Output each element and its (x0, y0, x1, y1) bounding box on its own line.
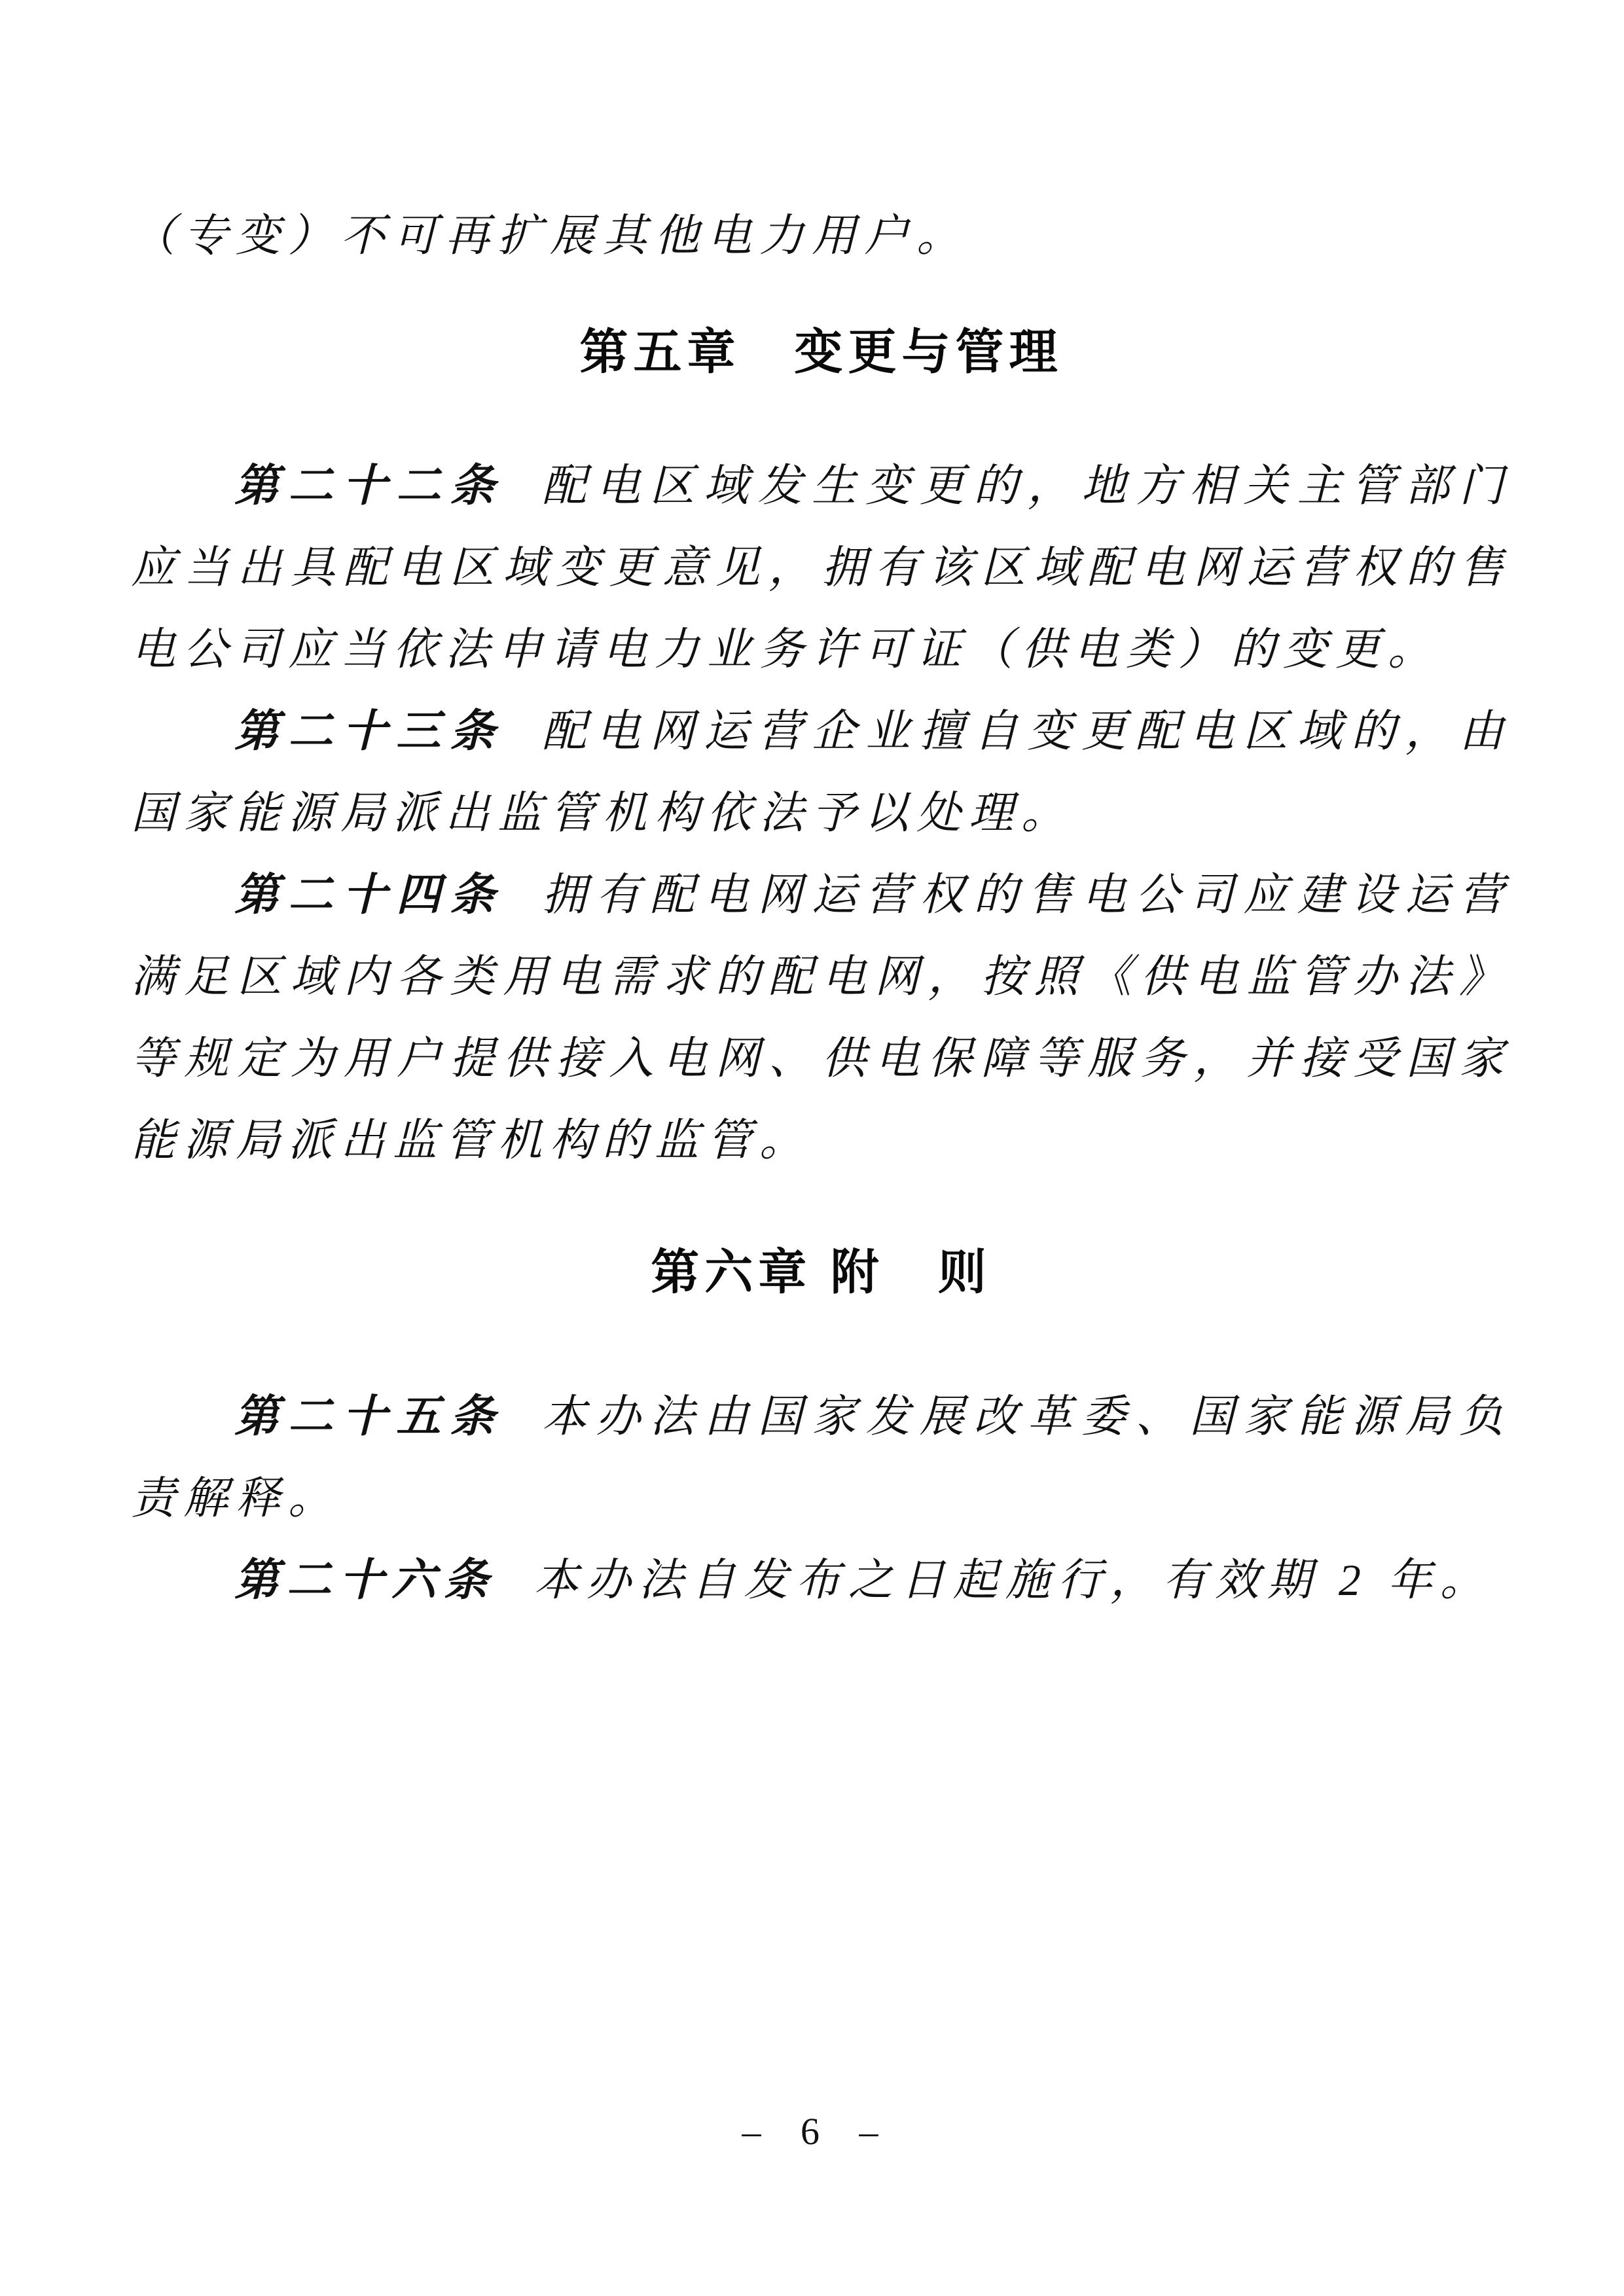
article-25-lead: 第二十五条 (234, 1391, 504, 1441)
document-content: （专变）不可再扩展其他电力用户。 第五章 变更与管理 第二十二条配电区域发生变更… (0, 0, 1624, 2296)
article-26-text: 本办法自发布之日起施行，有效期 2 年。 (534, 1555, 1492, 1605)
article-24-paragraph: 第二十四条拥有配电网运营权的售电公司应建设运营满足区域内各类用电需求的配电网，按… (131, 854, 1511, 1181)
article-26-lead: 第二十六条 (234, 1555, 496, 1605)
paragraph-continuation: （专变）不可再扩展其他电力用户。 (131, 195, 1511, 277)
article-26-paragraph: 第二十六条本办法自发布之日起施行，有效期 2 年。 (131, 1539, 1511, 1621)
chapter-5-heading: 第五章 变更与管理 (131, 311, 1511, 393)
chapter-6-heading: 第六章 附 则 (131, 1231, 1511, 1313)
article-22-paragraph: 第二十二条配电区域发生变更的，地方相关主管部门应当出具配电区域变更意见，拥有该区… (131, 445, 1511, 691)
document-page: （专变）不可再扩展其他电力用户。 第五章 变更与管理 第二十二条配电区域发生变更… (0, 0, 1624, 2296)
article-23-lead: 第二十三条 (234, 706, 504, 756)
page-number: – 6 – (0, 2109, 1624, 2153)
article-23-paragraph: 第二十三条配电网运营企业擅自变更配电区域的，由国家能源局派出监管机构依法予以处理… (131, 691, 1511, 854)
article-22-lead: 第二十二条 (234, 461, 504, 511)
article-25-paragraph: 第二十五条本办法由国家发展改革委、国家能源局负责解释。 (131, 1376, 1511, 1539)
article-24-lead: 第二十四条 (234, 870, 504, 920)
